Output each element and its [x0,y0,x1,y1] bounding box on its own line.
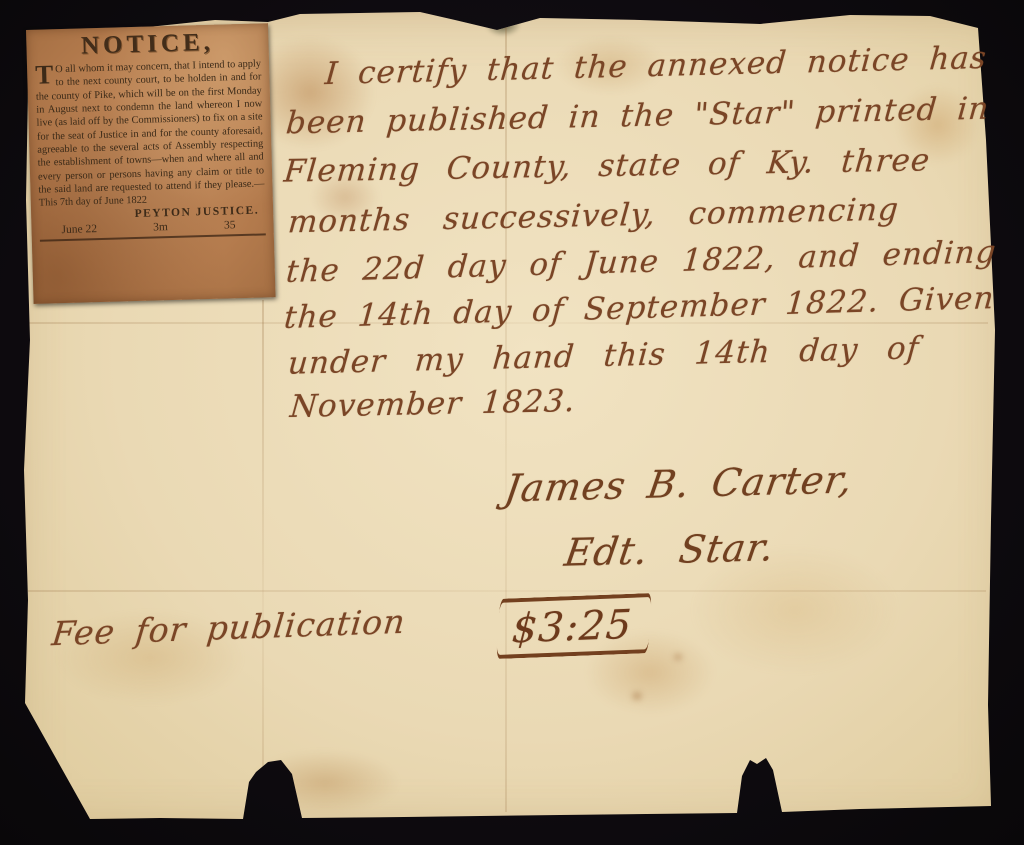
clipping-footer-date: June 22 [61,224,97,237]
stain [672,652,684,662]
fee-amount: $3:25 [496,593,652,659]
photographed-document-scene: NOTICE, TO all whom it may concern, that… [0,0,1024,845]
clipping-footer-run: 3m [153,222,168,234]
letter-signature-title: Edt. Star. [562,525,778,575]
fold-crease-horizontal [26,590,986,592]
clipping-title: NOTICE, [34,27,261,61]
fold-crease-vertical [262,300,264,815]
stain [630,690,644,702]
stain-olive-edge [486,14,520,36]
letter-line: November 1823. [289,383,578,425]
clipping-footer-number: 35 [224,220,236,232]
clipping-body: O all whom it may concern, that I intend… [36,58,265,208]
stain [250,750,400,815]
clipping-drop-cap: T [35,63,56,86]
clipping-body-text: TO all whom it may concern, that I inten… [35,57,265,210]
letter-signature-name: James B. Carter, [502,457,856,510]
newspaper-clipping: NOTICE, TO all whom it may concern, that… [26,23,276,304]
